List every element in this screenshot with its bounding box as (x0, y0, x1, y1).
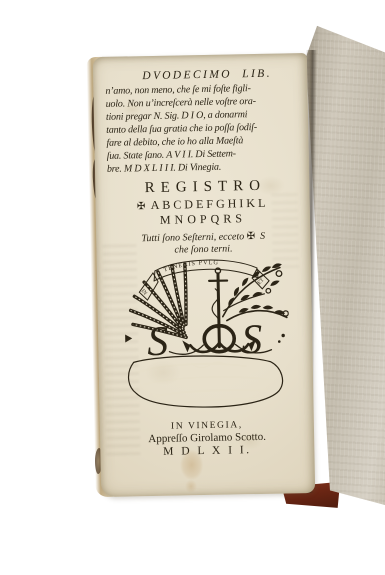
maltese-cross-icon: ✠ (137, 201, 146, 212)
flank-mark-right (281, 334, 284, 337)
note-letter: S (260, 231, 265, 242)
ink-showthrough (271, 193, 299, 273)
book-photograph: DVODECIMO LIB. n’amo, non meno, che ſe m… (0, 0, 385, 575)
banner-text: TENERIS PVLG (163, 259, 220, 274)
printed-page: DVODECIMO LIB. n’amo, non meno, che ſe m… (93, 53, 315, 497)
printer-device-woodcut: TENERIS PVLG IN ET (122, 257, 291, 418)
note-text: Tutti ſono Seſterni, ecceto (141, 231, 244, 244)
monogram-s-right: S (241, 317, 263, 363)
page-stain (176, 447, 207, 492)
flank-mark-right (278, 340, 281, 343)
body-text: n’amo, non meno, che ſe mi foſte figli- … (105, 81, 301, 176)
ink-showthrough (102, 244, 140, 460)
registro-alphabet: ABCDEFGHIKL (151, 196, 269, 212)
maltese-cross-icon: ✠ (247, 231, 256, 242)
body-line: bre. M D X L I I I. Di Vinegia. (107, 159, 301, 176)
